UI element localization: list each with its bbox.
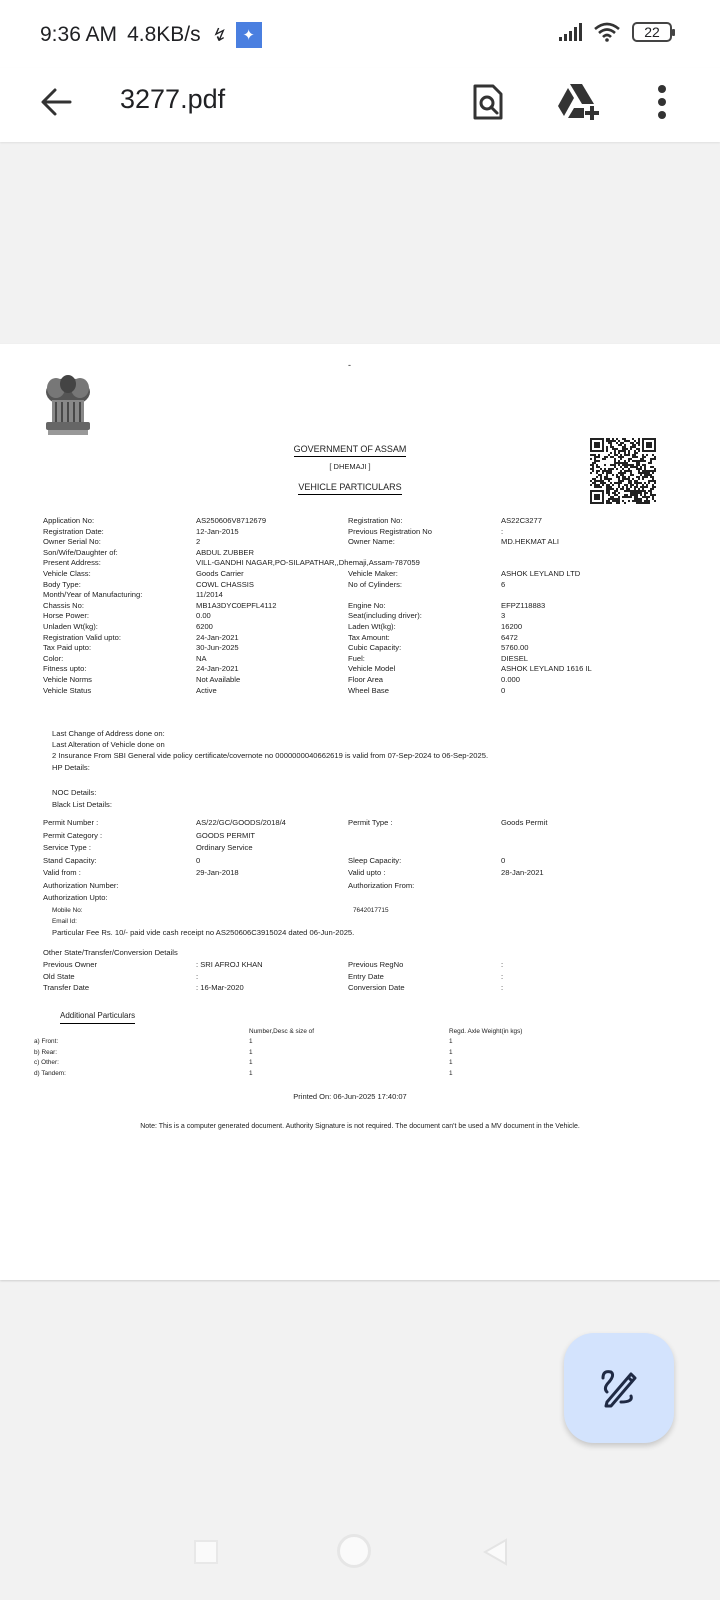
field-label: Permit Type : [348, 818, 393, 827]
field-label: Horse Power: [43, 611, 89, 620]
field-row: Old State:Entry Date: [0, 972, 720, 983]
additional-col2-header: Regd. Axle Weight(in kgs) [449, 1028, 522, 1035]
network-speed: 4.8KB/s [127, 23, 201, 47]
field-label: Son/Wife/Daughter of: [43, 548, 118, 557]
field-row: Permit Number :AS/22/GC/GOODS/2018/4Perm… [0, 818, 720, 829]
recents-square-icon[interactable] [194, 1540, 218, 1564]
field-row: Vehicle Class:Goods CarrierVehicle Maker… [0, 569, 720, 580]
field-row: Vehicle NormsNot AvailableFloor Area0.00… [0, 675, 720, 686]
field-value: 28-Jan-2021 [501, 868, 544, 877]
axle-number: 1 [249, 1059, 253, 1066]
field-label: Valid upto : [348, 868, 385, 877]
field-row: Son/Wife/Daughter of:ABDUL ZUBBER [0, 548, 720, 559]
add-to-drive-icon [556, 82, 600, 122]
field-value: 2 [196, 537, 200, 546]
field-label: Registration No: [348, 516, 402, 525]
field-value: 11/2014 [196, 590, 223, 599]
axle-number: 1 [249, 1070, 253, 1077]
field-row: Horse Power:0.00Seat(including driver):3 [0, 611, 720, 622]
document-title: 3277.pdf [120, 84, 225, 115]
field-label: Previous Registration No [348, 527, 432, 536]
field-label: Present Address: [43, 558, 101, 567]
field-row: Owner Serial No:2Owner Name:MD.HEKMAT AL… [0, 537, 720, 548]
field-value: 16200 [501, 622, 522, 631]
field-row: Vehicle StatusActiveWheel Base0 [0, 686, 720, 697]
add-to-drive-button[interactable] [556, 80, 600, 124]
transfer-heading-row: Other State/Transfer/Conversion Details [0, 948, 720, 959]
back-arrow-icon [36, 82, 76, 122]
field-value: 5760.00 [501, 643, 528, 652]
field-value: VILL-GANDHI NAGAR,PO-SILAPATHAR,,Dhemaji… [196, 558, 420, 567]
field-row: Color:NAFuel:DIESEL [0, 654, 720, 665]
field-value: ABDUL ZUBBER [196, 548, 254, 557]
status-time: 9:36 AM [40, 23, 117, 47]
field-value: 6200 [196, 622, 213, 631]
field-label: Authorization Number: [43, 881, 119, 890]
note-row: NOC Details: [0, 788, 720, 799]
mobile-label: Mobile No: [52, 907, 83, 914]
transfer-heading: Other State/Transfer/Conversion Details [43, 948, 178, 957]
axle-row: d) Tandem:11 [0, 1070, 720, 1081]
field-label: Tax Paid upto: [43, 643, 91, 652]
wifi-icon [594, 22, 620, 42]
field-value: : [501, 527, 503, 536]
find-in-document-button[interactable] [466, 80, 510, 124]
field-value: 12-Jan-2015 [196, 527, 239, 536]
field-label: Conversion Date [348, 983, 405, 992]
field-value: GOODS PERMIT [196, 831, 255, 840]
field-row: Fitness upto:24-Jan-2021Vehicle ModelASH… [0, 664, 720, 675]
fee-note: Particular Fee Rs. 10/- paid vide cash r… [52, 928, 354, 937]
field-row: Registration Valid upto:24-Jan-2021Tax A… [0, 633, 720, 644]
axle-row: c) Other:11 [0, 1059, 720, 1070]
field-value: : 16-Mar-2020 [196, 983, 244, 992]
field-value: COWL CHASSIS [196, 580, 254, 589]
field-value: AS22C3277 [501, 516, 542, 525]
note-row: Black List Details: [0, 800, 720, 811]
field-value: 24-Jan-2021 [196, 664, 239, 673]
additional-col1-header: Number,Desc & size of [249, 1028, 314, 1035]
field-label: Stand Capacity: [43, 856, 97, 865]
annotate-button[interactable] [564, 1333, 674, 1443]
axle-number: 1 [249, 1038, 253, 1045]
field-label: Owner Name: [348, 537, 395, 546]
insurance-details: 2 Insurance From SBI General vide policy… [52, 751, 488, 760]
field-row: Tax Paid upto:30-Jun-2025Cubic Capacity:… [0, 643, 720, 654]
field-label: Authorization From: [348, 881, 414, 890]
field-value: 0 [501, 686, 505, 695]
field-label: Vehicle Maker: [348, 569, 398, 578]
field-label: Fitness upto: [43, 664, 86, 673]
field-value: : SRI AFROJ KHAN [196, 960, 263, 969]
pdf-page[interactable]: - GOVERNMENT OF ASSAM [ DHEMAJI ] VEHICL… [0, 344, 720, 1280]
field-label: Transfer Date [43, 983, 89, 992]
field-label: Vehicle Class: [43, 569, 91, 578]
sparkle-app-icon: ✦ [236, 22, 262, 48]
axle-weight: 1 [449, 1059, 453, 1066]
field-label: Wheel Base [348, 686, 389, 695]
field-row: Registration Date:12-Jan-2015Previous Re… [0, 527, 720, 538]
axle-weight: 1 [449, 1038, 453, 1045]
field-label: Valid from : [43, 868, 81, 877]
mobile-value: 7642017715 [353, 907, 389, 914]
hp-details: HP Details: [52, 763, 90, 772]
find-in-document-icon [471, 83, 505, 121]
home-circle-icon[interactable] [337, 1534, 371, 1568]
field-row: Transfer Date: 16-Mar-2020Conversion Dat… [0, 983, 720, 994]
axle-label: c) Other: [34, 1059, 59, 1066]
field-value: Active [196, 686, 217, 695]
note-row: Last Alteration of Vehicle done on [0, 740, 720, 751]
field-label: Entry Date [348, 972, 384, 981]
printed-on: Printed On: 06-Jun-2025 17:40:07 [0, 1092, 700, 1101]
field-row: Unladen Wt(kg):6200Laden Wt(kg):16200 [0, 622, 720, 633]
additional-particulars-heading: Additional Particulars [60, 1011, 135, 1024]
field-value: 0.00 [196, 611, 211, 620]
field-value: 6 [501, 580, 505, 589]
field-label: Previous RegNo [348, 960, 403, 969]
gov-title: GOVERNMENT OF ASSAM [294, 444, 407, 457]
field-row: Month/Year of Manufacturing:11/2014 [0, 590, 720, 601]
field-label: No of Cylinders: [348, 580, 402, 589]
field-row: Chassis No:MB1A3DYC0EPFL4112Engine No:EF… [0, 601, 720, 612]
top-dash: - [348, 360, 351, 370]
field-label: Authorization Upto: [43, 893, 108, 902]
annotate-pen-icon [597, 1366, 641, 1410]
field-value: ASHOK LEYLAND 1616 IL [501, 664, 592, 673]
status-bar: 9:36 AM 4.8KB/s ↯ ✦ 22 [0, 0, 720, 68]
axle-number: 1 [249, 1049, 253, 1056]
axle-weight: 1 [449, 1049, 453, 1056]
field-label: Application No: [43, 516, 94, 525]
field-label: Owner Serial No: [43, 537, 101, 546]
field-row: Service Type :Ordinary Service [0, 843, 720, 854]
field-value: MD.HEKMAT ALI [501, 537, 559, 546]
field-value: AS250606V8712679 [196, 516, 266, 525]
field-value: : [501, 972, 503, 981]
field-value: ASHOK LEYLAND LTD [501, 569, 580, 578]
field-row: Previous Owner: SRI AFROJ KHANPrevious R… [0, 960, 720, 971]
battery-indicator: 22 [632, 22, 672, 42]
note-row: Last Change of Address done on: [0, 729, 720, 740]
field-label: Tax Amount: [348, 633, 390, 642]
field-label: Laden Wt(kg): [348, 622, 396, 631]
field-label: Body Type: [43, 580, 81, 589]
black-list-details: Black List Details: [52, 800, 112, 809]
national-emblem-icon [34, 372, 102, 438]
field-value: 0.000 [501, 675, 520, 684]
axle-row: b) Rear:11 [0, 1049, 720, 1060]
field-value: 30-Jun-2025 [196, 643, 239, 652]
axle-label: d) Tandem: [34, 1070, 66, 1077]
battery-level: 22 [644, 24, 660, 40]
field-row: Authorization Number:Authorization From: [0, 881, 720, 892]
noc-details: NOC Details: [52, 788, 96, 797]
app-bar: 3277.pdf [0, 68, 720, 142]
field-label: Permit Category : [43, 831, 102, 840]
field-row: Application No:AS250606V8712679Registrat… [0, 516, 720, 527]
footer-note: Note: This is a computer generated docum… [0, 1123, 720, 1130]
field-row: Authorization Upto: [0, 893, 720, 904]
field-value: EFPZ118883 [501, 601, 545, 610]
field-value: : [196, 972, 198, 981]
field-label: Engine No: [348, 601, 386, 610]
field-value: : [501, 983, 503, 992]
qr-code [590, 438, 656, 504]
field-value: 29-Jan-2018 [196, 868, 239, 877]
fee-row: Particular Fee Rs. 10/- paid vide cash r… [0, 928, 720, 939]
axle-label: b) Rear: [34, 1049, 57, 1056]
note-row: 2 Insurance From SBI General vide policy… [0, 751, 720, 762]
back-button[interactable] [36, 82, 76, 122]
axle-row: a) Front:11 [0, 1038, 720, 1049]
flash-icon: ↯ [211, 25, 226, 46]
back-triangle-icon[interactable] [482, 1538, 510, 1566]
axle-weight: 1 [449, 1070, 453, 1077]
signal-icon [559, 23, 582, 41]
field-value: : [501, 960, 503, 969]
field-value: Goods Carrier [196, 569, 244, 578]
last-change-address: Last Change of Address done on: [52, 729, 165, 738]
field-row: Valid from :29-Jan-2018Valid upto :28-Ja… [0, 868, 720, 879]
field-label: Vehicle Model [348, 664, 395, 673]
field-value: Not Available [196, 675, 240, 684]
field-label: Service Type : [43, 843, 91, 852]
axle-label: a) Front: [34, 1038, 58, 1045]
field-label: Month/Year of Manufacturing: [43, 590, 142, 599]
field-value: 0 [501, 856, 505, 865]
field-value: 6472 [501, 633, 518, 642]
field-label: Vehicle Status [43, 686, 91, 695]
field-row: Present Address:VILL-GANDHI NAGAR,PO-SIL… [0, 558, 720, 569]
system-nav-bar [0, 1500, 720, 1600]
mobile-row: Mobile No: 7642017715 [0, 907, 720, 918]
field-value: Goods Permit [501, 818, 547, 827]
more-vert-icon [656, 84, 668, 120]
field-value: 0 [196, 856, 200, 865]
field-value: NA [196, 654, 207, 663]
field-label: Registration Valid upto: [43, 633, 121, 642]
field-value: Ordinary Service [196, 843, 253, 852]
field-label: Permit Number : [43, 818, 98, 827]
note-row: HP Details: [0, 763, 720, 774]
field-label: Unladen Wt(kg): [43, 622, 98, 631]
field-label: Fuel: [348, 654, 365, 663]
field-value: 3 [501, 611, 505, 620]
email-label: Email Id: [52, 918, 77, 925]
more-options-button[interactable] [640, 80, 684, 124]
last-alteration: Last Alteration of Vehicle done on [52, 740, 165, 749]
field-row: Body Type:COWL CHASSISNo of Cylinders:6 [0, 580, 720, 591]
field-label: Sleep Capacity: [348, 856, 401, 865]
field-row: Permit Category :GOODS PERMIT [0, 831, 720, 842]
field-label: Color: [43, 654, 63, 663]
field-label: Cubic Capacity: [348, 643, 401, 652]
field-label: Previous Owner [43, 960, 97, 969]
vehicle-particulars-title: VEHICLE PARTICULARS [298, 482, 401, 495]
field-value: DIESEL [501, 654, 528, 663]
field-label: Old State [43, 972, 75, 981]
field-label: Vehicle Norms [43, 675, 92, 684]
field-value: AS/22/GC/GOODS/2018/4 [196, 818, 286, 827]
field-label: Registration Date: [43, 527, 104, 536]
field-label: Floor Area [348, 675, 383, 684]
field-label: Seat(including driver): [348, 611, 422, 620]
field-value: 24-Jan-2021 [196, 633, 239, 642]
field-label: Chassis No: [43, 601, 84, 610]
field-value: MB1A3DYC0EPFL4112 [196, 601, 276, 610]
field-row: Stand Capacity:0Sleep Capacity:0 [0, 856, 720, 867]
